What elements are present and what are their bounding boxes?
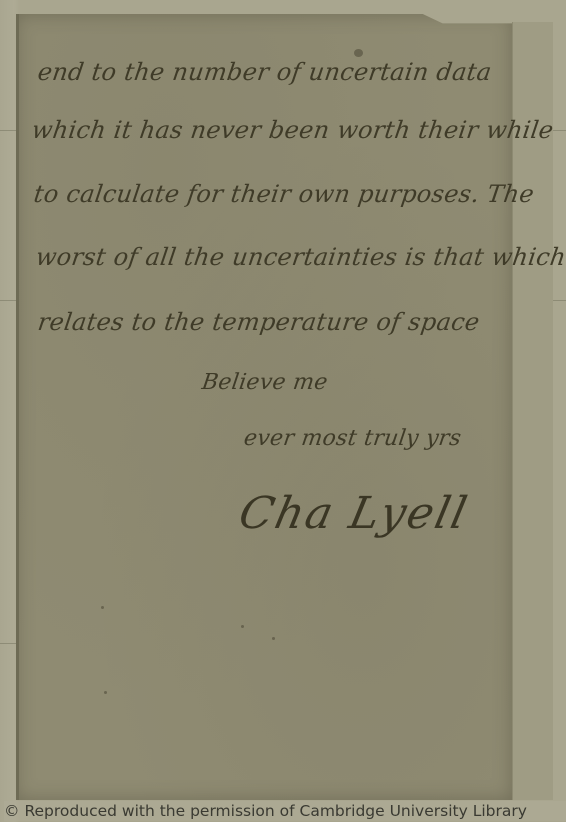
sheet-edge (16, 14, 19, 800)
credit-text: Reproduced with the permission of Cambri… (24, 802, 526, 820)
paper-blemish (241, 625, 244, 628)
paper-blemish (272, 637, 275, 640)
letter-line-2: which it has never been worth their whil… (30, 116, 555, 144)
copyright-symbol: © (4, 802, 20, 820)
closing-line-2: ever most truly yrs (242, 426, 463, 451)
letter-line-3: to calculate for their own purposes. The (32, 180, 536, 208)
paper-blemish (101, 606, 104, 609)
letter-line-4: worst of all the uncertainties is that w… (34, 243, 566, 271)
letter-line-1: end to the number of uncertain data (36, 58, 493, 86)
letter-line-5: relates to the temperature of space (36, 308, 481, 336)
paper-blemish (104, 691, 107, 694)
paper-blemish (354, 49, 363, 57)
signature: Cha Lyell (235, 488, 474, 539)
copyright-credit: © Reproduced with the permission of Camb… (4, 801, 566, 821)
closing-line-1: Believe me (200, 370, 329, 395)
